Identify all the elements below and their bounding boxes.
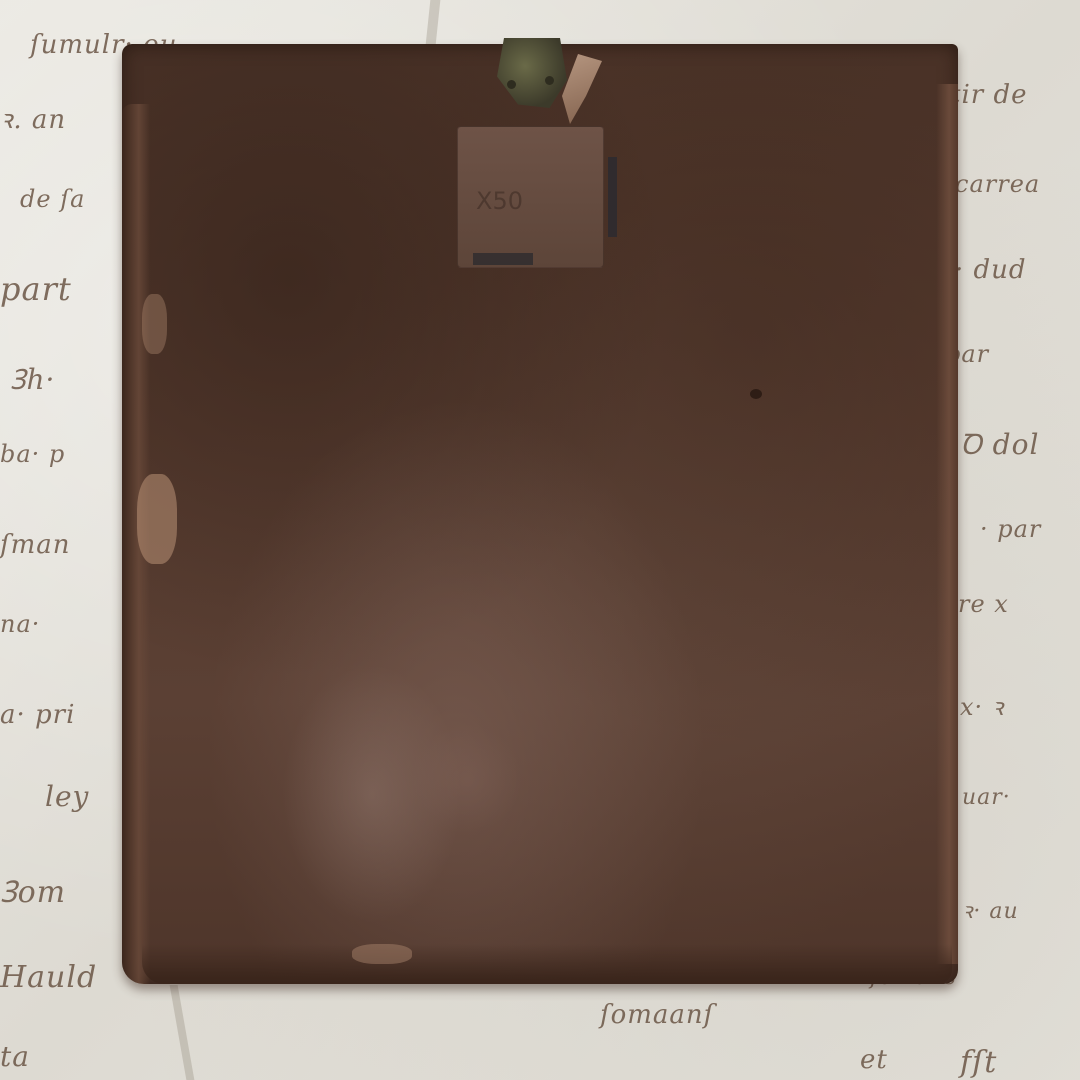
label-tape-strip [608,157,617,237]
wood-chip [142,294,167,354]
wood-chip [137,474,177,564]
handwriting-fragment: · par [980,515,1041,543]
handwriting-fragment: na· [0,610,40,638]
handwriting-fragment: Ꝫh· [10,360,55,398]
handwriting-fragment: Ꝺ dol [960,425,1039,463]
handwriting-fragment: ꝛ. an [0,100,66,136]
handwriting-fragment: x· ꝛ [960,690,1004,723]
water-stain [412,724,522,834]
paper-fold-line [170,985,195,1080]
handwriting-fragment: et [860,1045,888,1075]
torn-paper-remnant [562,54,602,124]
handwriting-fragment: re x [958,590,1009,618]
metal-hanger-icon [497,38,567,108]
handwriting-fragment: fſt [960,1045,997,1080]
handwriting-fragment: ta [0,1040,30,1073]
nail-head [507,80,516,89]
handwriting-fragment: carrea [955,170,1040,198]
handwriting-fragment: a· pri [0,700,75,730]
handwriting-fragment: ley [45,780,89,813]
handwriting-fragment: · dud [955,255,1027,285]
panel-bottom-edge [142,944,952,984]
handwriting-fragment: uar· [962,785,1011,810]
handwriting-fragment: ſman [0,530,71,560]
nail-head [545,76,554,85]
label-number: X50 [476,187,523,215]
panel-right-edge [936,84,958,964]
handwriting-fragment: ſomaanſ [600,1000,714,1030]
wood-chip [352,944,412,964]
inventory-label: X50 [457,126,604,268]
wooden-panel: X50 [122,44,958,984]
handwriting-fragment: part [0,270,72,308]
handwriting-fragment: de ſa [20,185,85,213]
paper-fold-line [426,0,441,45]
handwriting-fragment: ba· p [0,440,65,468]
wood-spot [750,389,762,399]
handwriting-fragment: ꝛ· au [962,895,1019,925]
handwriting-fragment: tir de [950,80,1028,110]
handwriting-fragment: Hauld [0,960,97,995]
label-tape-strip [473,253,533,265]
handwriting-fragment: Ꝫom [0,870,66,911]
